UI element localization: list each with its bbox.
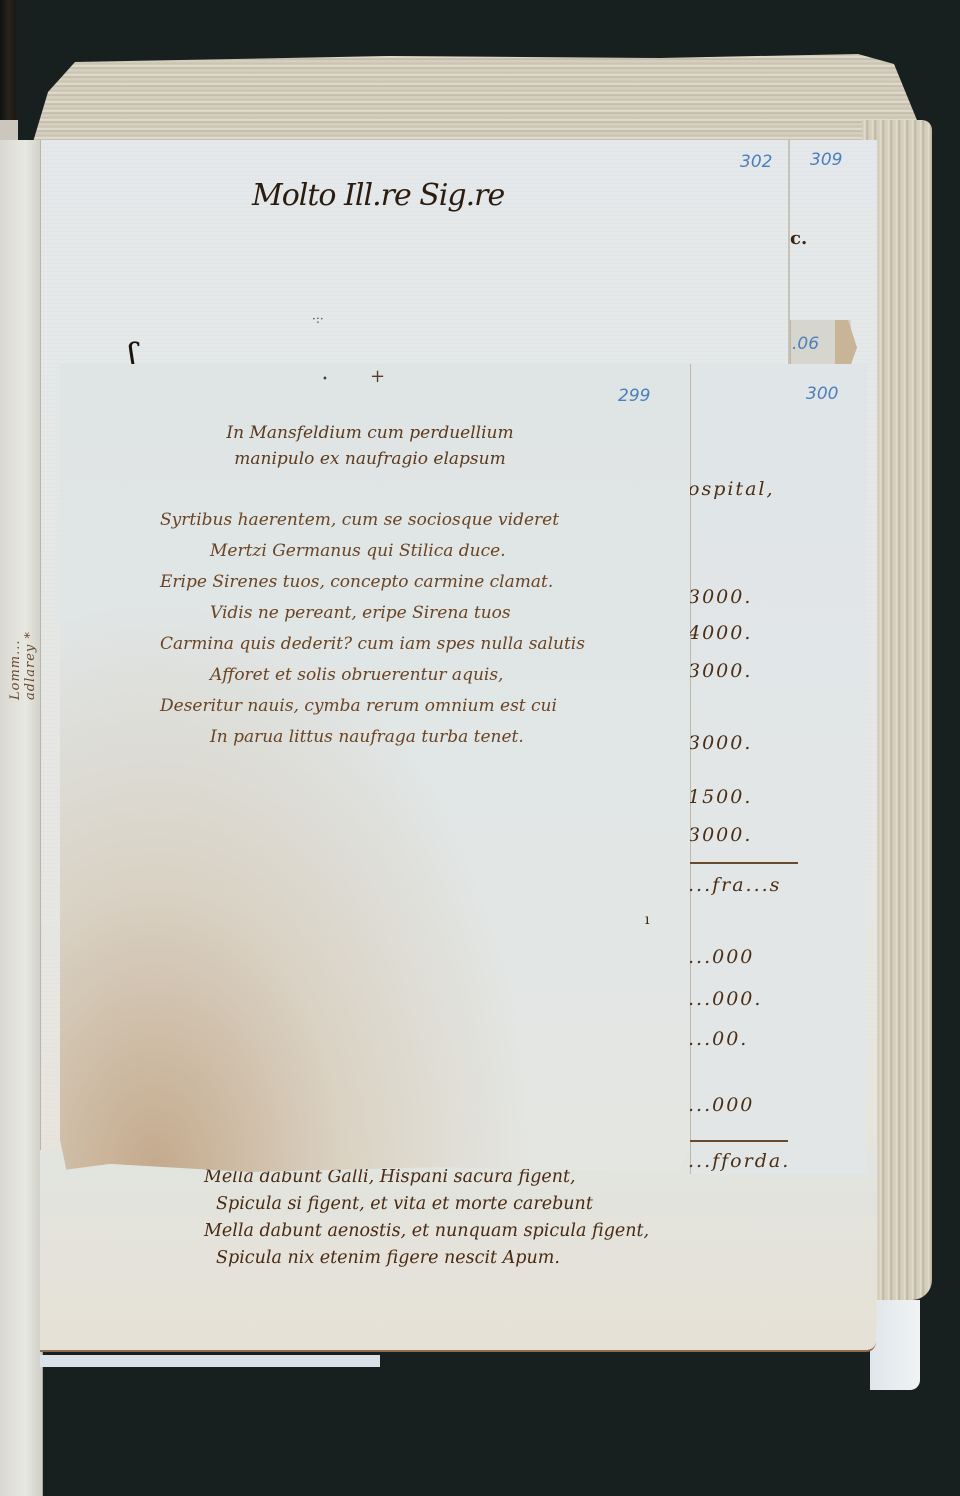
flap-number: .06 bbox=[792, 334, 819, 354]
poem-verses: Syrtibus haerentem, cum se sociosque vid… bbox=[160, 505, 680, 753]
ledger-amount: ...000. bbox=[688, 988, 762, 1010]
ledger-amount: ...00. bbox=[688, 1028, 748, 1050]
ledger-rule bbox=[688, 862, 798, 864]
ledger-amount: 1500. bbox=[688, 786, 752, 808]
sheet-folio-number: 299 bbox=[618, 386, 650, 406]
verse-line: Vidis ne pereant, eripe Sirena tuos bbox=[160, 598, 680, 629]
folio-margin-mark: c. bbox=[790, 228, 807, 249]
ink-mark: ı bbox=[645, 912, 649, 928]
poem-title-line: manipulo ex naufragio elapsum bbox=[120, 446, 620, 472]
ledger-rule bbox=[688, 1140, 788, 1142]
poem-title: In Mansfeldium cum perduellium manipulo … bbox=[120, 420, 620, 472]
ledger-amount: ...000 bbox=[688, 1094, 754, 1116]
lower-page-verses: Mella dabunt Galli, Hispani sacura figen… bbox=[204, 1164, 644, 1272]
ledger-folio-number: 300 bbox=[806, 384, 838, 404]
lower-sheet-edge bbox=[40, 1355, 380, 1367]
page-stack-top-edge bbox=[30, 52, 930, 152]
ledger-subtotal-label: ...fra...s bbox=[688, 874, 781, 896]
ledger-amount: 3000. bbox=[688, 660, 752, 682]
cross-mark: + bbox=[370, 366, 385, 387]
verse-line: Afforet et solis obruerentur aquis, bbox=[160, 660, 680, 691]
verse-line: Carmina quis dederit? cum iam spes nulla… bbox=[160, 629, 680, 660]
ledger-amount: ...000 bbox=[688, 946, 754, 968]
letter-salutation: Molto Ill.re Sig.re bbox=[252, 178, 504, 213]
ink-dots: ·:· bbox=[312, 312, 324, 326]
ledger-heading: ospital, bbox=[688, 478, 775, 500]
verse-line: Spicula nix etenim figere nescit Apum. bbox=[204, 1245, 644, 1272]
poem-sheet bbox=[60, 364, 690, 1172]
ledger-footer-label: ...fforda. bbox=[688, 1150, 790, 1172]
poem-title-line: In Mansfeldium cum perduellium bbox=[120, 420, 620, 446]
folio-number: 309 bbox=[810, 150, 842, 170]
ledger-amount: 3000. bbox=[688, 586, 752, 608]
page-stack-lower-edge bbox=[870, 1300, 920, 1390]
verse-line: Deseritur nauis, cymba rerum omnium est … bbox=[160, 691, 680, 722]
verse-line: In parua littus naufraga turba tenet. bbox=[160, 722, 680, 753]
verse-line: Mertzi Germanus qui Stilica duce. bbox=[160, 536, 680, 567]
ledger-amount: 3000. bbox=[688, 732, 752, 754]
verse-line: Eripe Sirenes tuos, concepto carmine cla… bbox=[160, 567, 680, 598]
ink-dot: • bbox=[322, 374, 328, 385]
ledger-amount: 4000. bbox=[688, 622, 752, 644]
verse-line: Spicula si figent, et vita et morte care… bbox=[204, 1191, 644, 1218]
left-margin-note: Lomm... adlarey * bbox=[8, 600, 36, 700]
ledger-amount: 3000. bbox=[688, 824, 752, 846]
verse-line: Syrtibus haerentem, cum se sociosque vid… bbox=[160, 505, 680, 536]
left-facing-page bbox=[0, 140, 43, 1496]
folio-number-old: 302 bbox=[740, 152, 772, 172]
verse-line: Mella dabunt aenostis, et nunquam spicul… bbox=[204, 1218, 644, 1245]
